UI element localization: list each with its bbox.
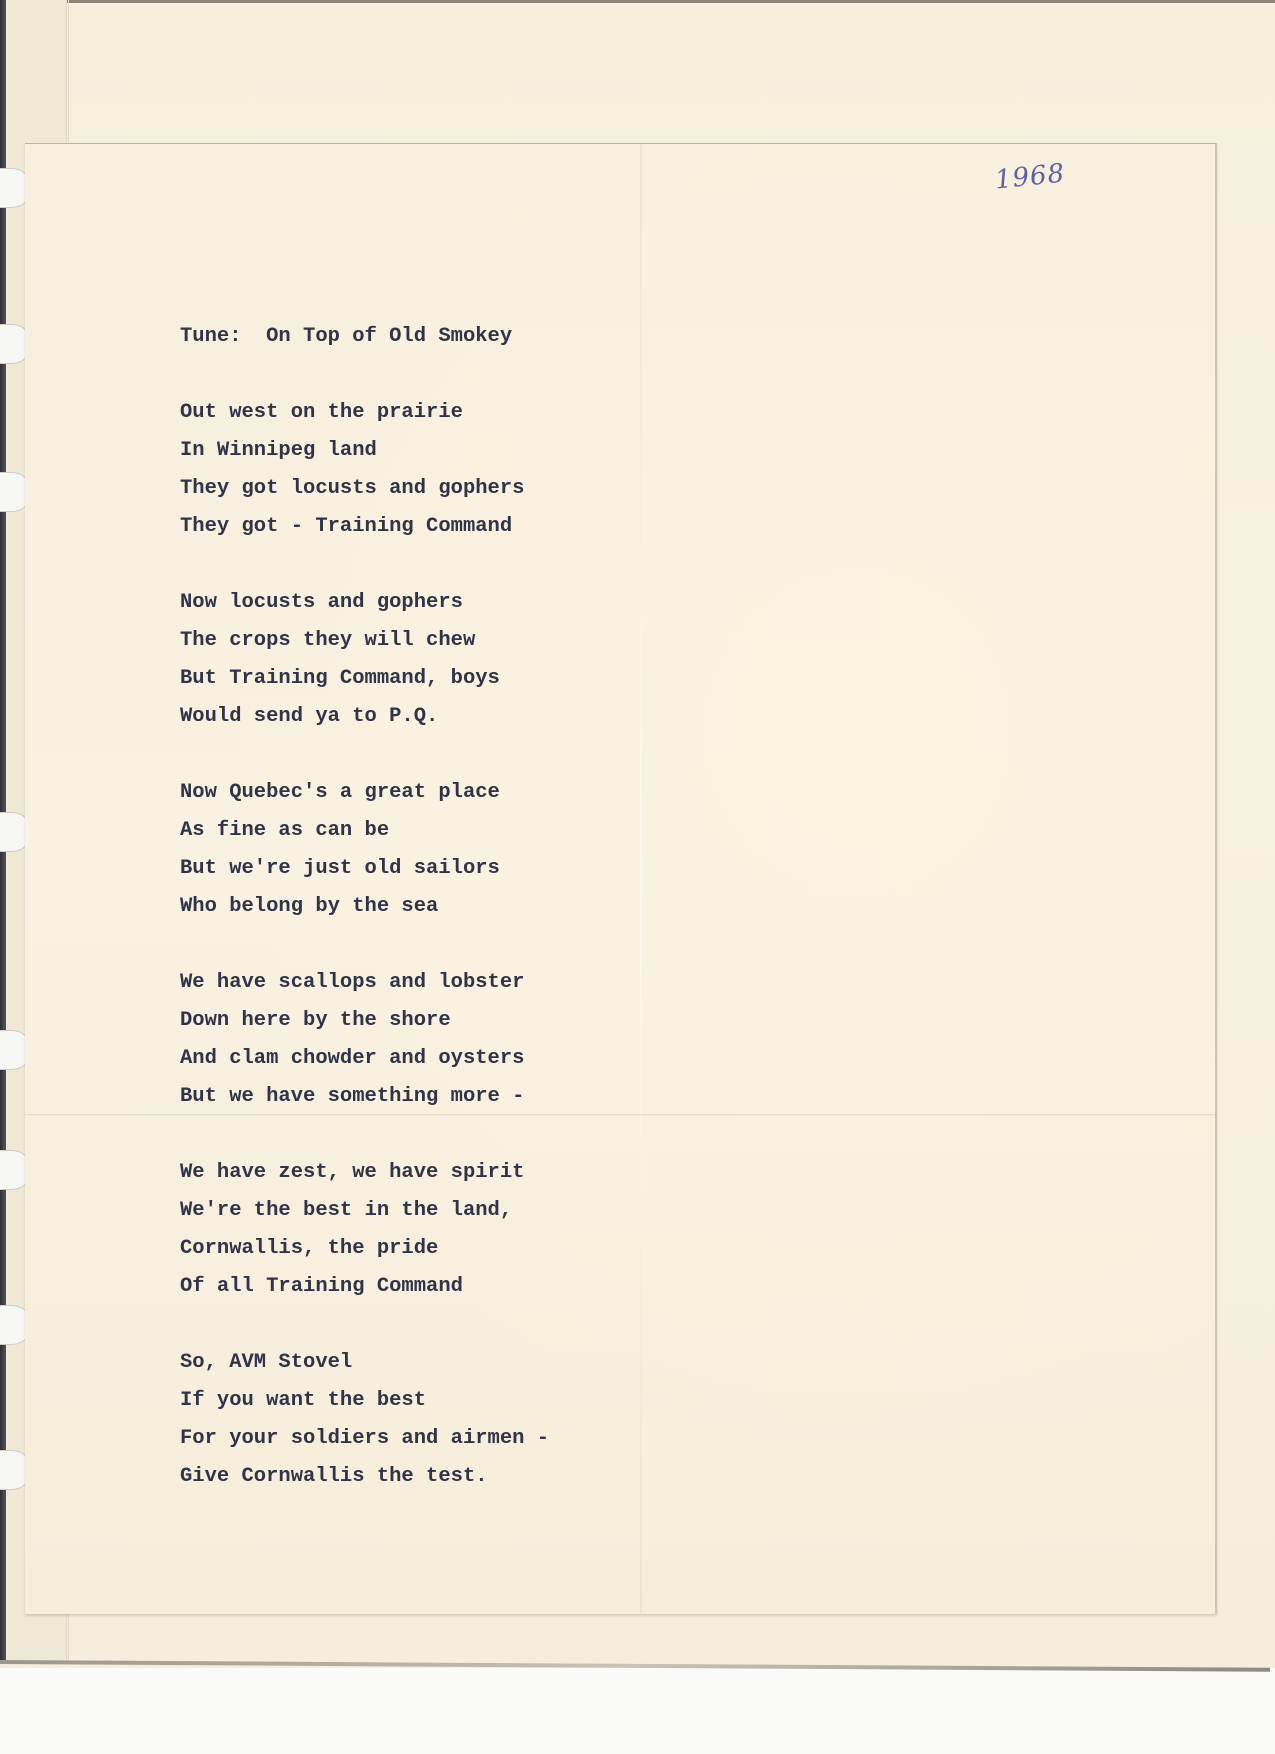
lyric-line: The crops they will chew xyxy=(180,622,549,660)
stanza: We have zest, we have spiritWe're the be… xyxy=(180,1154,549,1306)
lyric-line: For your soldiers and airmen - xyxy=(180,1420,549,1458)
lyric-line: Out west on the prairie xyxy=(180,394,549,432)
stanza: Out west on the prairieIn Winnipeg landT… xyxy=(180,394,549,546)
lyric-line: But we have something more - xyxy=(180,1078,549,1116)
lyric-line: Who belong by the sea xyxy=(180,888,549,926)
lyric-line: Now Quebec's a great place xyxy=(180,774,549,812)
lyric-line: In Winnipeg land xyxy=(180,432,549,470)
stanza: We have scallops and lobsterDown here by… xyxy=(180,964,549,1116)
lyric-line: Would send ya to P.Q. xyxy=(180,698,549,736)
song-lyrics: Tune: On Top of Old Smokey Out west on t… xyxy=(180,318,549,1534)
vertical-fold-crease xyxy=(640,144,642,1614)
lyric-line: So, AVM Stovel xyxy=(180,1344,549,1382)
lyric-line: We have scallops and lobster xyxy=(180,964,549,1002)
stanza: So, AVM StovelIf you want the bestFor yo… xyxy=(180,1344,549,1496)
lyric-line: Give Cornwallis the test. xyxy=(180,1458,549,1496)
lyric-line: And clam chowder and oysters xyxy=(180,1040,549,1078)
lyric-line: We're the best in the land, xyxy=(180,1192,549,1230)
lyric-line: If you want the best xyxy=(180,1382,549,1420)
lyric-line: As fine as can be xyxy=(180,812,549,850)
lyric-line: But Training Command, boys xyxy=(180,660,549,698)
lyric-line: We have zest, we have spirit xyxy=(180,1154,549,1192)
stanza: Now Quebec's a great placeAs fine as can… xyxy=(180,774,549,926)
lyric-line: Cornwallis, the pride xyxy=(180,1230,549,1268)
lyric-line: They got - Training Command xyxy=(180,508,549,546)
lyric-line: They got locusts and gophers xyxy=(180,470,549,508)
lyric-line: Now locusts and gophers xyxy=(180,584,549,622)
lyric-line: But we're just old sailors xyxy=(180,850,549,888)
lyric-line: Down here by the shore xyxy=(180,1002,549,1040)
lyric-line: Of all Training Command xyxy=(180,1268,549,1306)
tune-heading: Tune: On Top of Old Smokey xyxy=(180,318,549,356)
stanza: Now locusts and gophersThe crops they wi… xyxy=(180,584,549,736)
